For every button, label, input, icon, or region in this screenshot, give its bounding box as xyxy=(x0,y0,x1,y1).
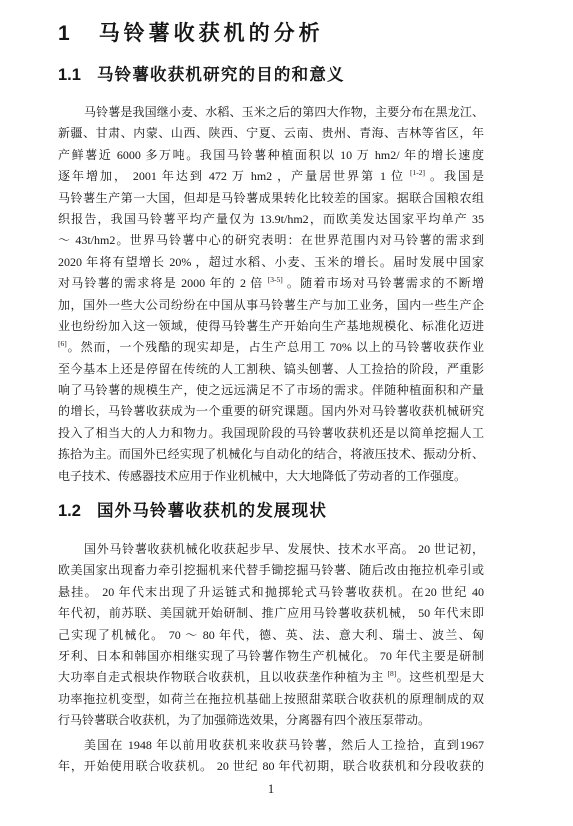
text-line: 马铃薯是我国继小麦、水稻、玉米之后的第四大作物，主要分布在黑龙江、 xyxy=(58,102,484,123)
text-segment: 欧美国家出现畜力牵引挖掘机来代替手锄挖掘马铃薯、随后改由拖拉机牵引或 xyxy=(58,563,484,577)
text-segment: 新疆、甘肃、内蒙、山西、陕西、宁夏、云南、贵州、青海、吉林等省区，年 xyxy=(58,126,484,140)
chapter-heading: 1马铃薯收获机的分析 xyxy=(58,20,484,48)
text-segment: ～ 43t/hm2。世界马铃薯中心的研究表明：在世界范围内对马铃薯的需求到 xyxy=(58,233,484,247)
text-line: 马铃薯生产第一大国，但却是马铃薯成果转化比较差的国家。据联合国粮农组 xyxy=(58,188,484,209)
document-page: 1马铃薯收获机的分析 1.1马铃薯收获机研究的目的和意义 马铃薯是我国继小麦、水… xyxy=(0,0,573,826)
text-line: 欧美国家出现畜力牵引挖掘机来代替手锄挖掘马铃薯、随后改由拖拉机牵引或 xyxy=(58,560,484,581)
text-segment: 悬挂。 20 年代末出现了升运链式和抛掷轮式马铃薯收获机。在20 世纪 40 xyxy=(58,585,484,599)
text-line: 业也纷纷加入这一领域，使得马铃薯生产开始向生产基地规模化、标准化迈进 xyxy=(58,316,484,337)
text-line: 响了马铃薯的规模生产，使之远远满足不了市场的需求。伴随种植面积和产量 xyxy=(58,380,484,401)
text-line: 悬挂。 20 年代末出现了升运链式和抛掷轮式马铃薯收获机。在20 世纪 40 xyxy=(58,582,484,603)
text-line: 牙利、日本和韩国亦相继实现了马铃薯作物生产机械化。 70 年代主要是研制 xyxy=(58,646,484,667)
text-segment: 的增长，马铃薯收获成为一个重要的研究课题。国内外对马铃薯收获机械研究 xyxy=(58,404,484,418)
text-line: 至今基本上还是停留在传统的人工割秧、镐头刨薯、人工捡拾的阶段，严重影 xyxy=(58,359,484,380)
text-line: [6]。然而，一个残酷的现实却是，占生产总用工 70% 以上的马铃薯收获作业 xyxy=(58,337,484,358)
text-line: 己实现了机械化。 70 ～ 80 年代，德、英、法、意大利、瑞士、波兰、匈 xyxy=(58,625,484,646)
text-line: 织报告，我国马铃薯平均产量仅为 13.9t/hm2，而欧美发达国家平均单产 35 xyxy=(58,209,484,230)
text-line: 加，国外一些大公司纷纷在中国从事马铃薯生产与加工业务，国内一些生产企 xyxy=(58,295,484,316)
chapter-number: 1 xyxy=(58,20,70,48)
text-segment: 拣拾为主。而国外已经实现了机械化与自动化的结合，将液压技术、振动分析、 xyxy=(58,447,484,461)
text-line: 大功率自走式根块作物联合收获机，且以收获垄作种植为主 [8]。这些机型是大 xyxy=(58,667,484,688)
text-segment: 。然而，一个残酷的现实却是，占生产总用工 70% 以上的马铃薯收获作业 xyxy=(67,340,484,354)
text-line: 投入了相当大的人力和物力。我国现阶段的马铃薯收获机还是以简单挖掘人工 xyxy=(58,423,484,444)
text-segment: 己实现了机械化。 70 ～ 80 年代，德、英、法、意大利、瑞士、波兰、匈 xyxy=(58,628,484,642)
text-segment: 马铃薯生产第一大国，但却是马铃薯成果转化比较差的国家。据联合国粮农组 xyxy=(58,191,484,205)
text-segment: 马铃薯是我国继小麦、水稻、玉米之后的第四大作物，主要分布在黑龙江、 xyxy=(84,105,484,119)
citation-superscript: [6] xyxy=(58,339,67,348)
citation-superscript: [8] xyxy=(387,669,396,678)
paragraph-purpose-significance: 马铃薯是我国继小麦、水稻、玉米之后的第四大作物，主要分布在黑龙江、新疆、甘肃、内… xyxy=(58,102,484,487)
chapter-title: 马铃薯收获机的分析 xyxy=(99,22,324,45)
page-number: 1 xyxy=(58,780,484,798)
text-segment: 响了马铃薯的规模生产，使之远远满足不了市场的需求。伴随种植面积和产量 xyxy=(58,383,484,397)
text-line: 新疆、甘肃、内蒙、山西、陕西、宁夏、云南、贵州、青海、吉林等省区，年 xyxy=(58,123,484,144)
text-segment: 大功率自走式根块作物联合收获机，且以收获垄作种植为主 xyxy=(58,670,387,684)
text-segment: 对马铃薯的需求将是 2000 年的 2 倍 xyxy=(58,276,268,290)
text-segment: 产鲜薯近 6000 多万吨。我国马铃薯种植面积以 10 万 hm2/ 年的增长速… xyxy=(58,148,484,162)
text-segment: 至今基本上还是停留在传统的人工割秧、镐头刨薯、人工捡拾的阶段，严重影 xyxy=(58,362,484,376)
text-segment: 业也纷纷加入这一领域，使得马铃薯生产开始向生产基地规模化、标准化迈进 xyxy=(58,319,484,333)
text-line: 逐年增加， 2001 年达到 472 万 hm2 ，产量居世界第 1 位 [1-… xyxy=(58,166,484,187)
section-heading-1-1: 1.1马铃薯收获机研究的目的和意义 xyxy=(58,64,484,87)
text-segment: 。这些机型是大 xyxy=(396,670,484,684)
text-segment: 2020 年将有望增长 20% ，超过水稻、小麦、玉米的增长。届时发展中国家 xyxy=(58,255,484,269)
text-line: 的增长，马铃薯收获成为一个重要的研究课题。国内外对马铃薯收获机械研究 xyxy=(58,401,484,422)
paragraph-usa-history: 美国在 1948 年以前用收获机来收获马铃薯，然后人工捡拾，直到1967年，开始… xyxy=(58,735,484,778)
text-line: 美国在 1948 年以前用收获机来收获马铃薯，然后人工捡拾，直到1967 xyxy=(58,735,484,756)
text-segment: 年代初，前苏联、美国就开始研制、推广应用马铃薯收获机械， 50 年代末即 xyxy=(58,606,484,620)
text-segment: 加，国外一些大公司纷纷在中国从事马铃薯生产与加工业务，国内一些生产企 xyxy=(58,298,484,312)
text-line: 拣拾为主。而国外已经实现了机械化与自动化的结合，将液压技术、振动分析、 xyxy=(58,444,484,465)
text-line: 国外马铃薯收获机械化收获起步早、发展快、技术水平高。 20 世记初， xyxy=(58,539,484,560)
text-line: 功率拖拉机变型，如荷兰在拖拉机基础上按照甜菜联合收获机的原理制成的双 xyxy=(58,689,484,710)
text-segment: 年，开始使用联合收获机。 20 世纪 80 年代初期，联合收获机和分段收获的 xyxy=(58,759,484,773)
text-line: ～ 43t/hm2。世界马铃薯中心的研究表明：在世界范围内对马铃薯的需求到 xyxy=(58,230,484,251)
text-line: 年，开始使用联合收获机。 20 世纪 80 年代初期，联合收获机和分段收获的 xyxy=(58,756,484,777)
paragraph-foreign-development: 国外马铃薯收获机械化收获起步早、发展快、技术水平高。 20 世记初，欧美国家出现… xyxy=(58,539,484,732)
text-line: 产鲜薯近 6000 多万吨。我国马铃薯种植面积以 10 万 hm2/ 年的增长速… xyxy=(58,145,484,166)
text-segment: 织报告，我国马铃薯平均产量仅为 13.9t/hm2，而欧美发达国家平均单产 35 xyxy=(58,212,484,226)
section-number: 1.1 xyxy=(58,64,81,87)
text-segment: 功率拖拉机变型，如荷兰在拖拉机基础上按照甜菜联合收获机的原理制成的双 xyxy=(58,692,484,706)
citation-superscript: [1-2] xyxy=(410,168,425,177)
section-heading-1-2: 1.2国外马铃薯收获机的发展现状 xyxy=(58,500,484,523)
text-segment: 牙利、日本和韩国亦相继实现了马铃薯作物生产机械化。 70 年代主要是研制 xyxy=(58,649,484,663)
text-line: 2020 年将有望增长 20% ，超过水稻、小麦、玉米的增长。届时发展中国家 xyxy=(58,252,484,273)
text-segment: 国外马铃薯收获机械化收获起步早、发展快、技术水平高。 20 世记初， xyxy=(84,542,484,556)
text-segment: 投入了相当大的人力和物力。我国现阶段的马铃薯收获机还是以简单挖掘人工 xyxy=(58,426,484,440)
text-segment: 电子技术、传感器技术应用于作业机械中，大大地降低了劳动者的工作强度。 xyxy=(58,469,466,483)
section-title: 马铃薯收获机研究的目的和意义 xyxy=(97,66,345,84)
text-segment: 行马铃薯联合收获机，为了加强筛选效果，分离器有四个液压泵带动。 xyxy=(58,713,430,727)
text-segment: 美国在 1948 年以前用收获机来收获马铃薯，然后人工捡拾，直到1967 xyxy=(84,738,484,752)
text-line: 电子技术、传感器技术应用于作业机械中，大大地降低了劳动者的工作强度。 xyxy=(58,466,484,487)
text-line: 年代初，前苏联、美国就开始研制、推广应用马铃薯收获机械， 50 年代末即 xyxy=(58,603,484,624)
citation-superscript: [3-5] xyxy=(268,275,283,284)
text-segment: 。随着市场对马铃薯需求的不断增 xyxy=(283,276,484,290)
section-number: 1.2 xyxy=(58,500,81,523)
section-title: 国外马铃薯收获机的发展现状 xyxy=(97,502,327,520)
text-segment: 。我国是 xyxy=(425,169,484,183)
text-segment: 逐年增加， 2001 年达到 472 万 hm2 ，产量居世界第 1 位 xyxy=(58,169,410,183)
text-line: 对马铃薯的需求将是 2000 年的 2 倍 [3-5] 。随着市场对马铃薯需求的… xyxy=(58,273,484,294)
text-line: 行马铃薯联合收获机，为了加强筛选效果，分离器有四个液压泵带动。 xyxy=(58,710,484,731)
